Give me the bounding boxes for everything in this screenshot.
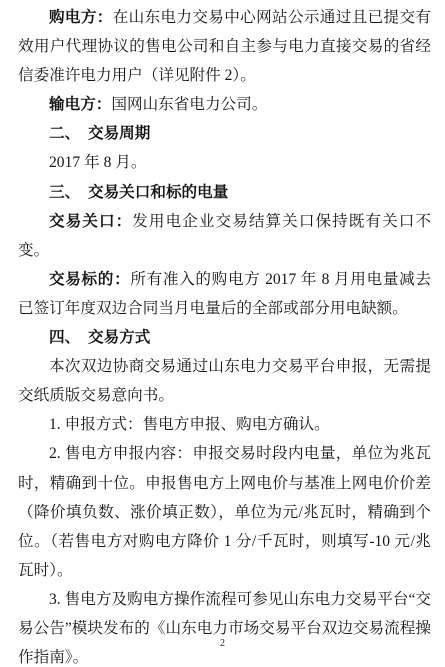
paragraph-buyer: 购电方：在山东电力交易中心网站公示通过且已提交有效用户代理协议的售电公司和自主参… <box>18 3 431 90</box>
paragraph-item-1: 1. 申报方式：售电方申报、购电方确认。 <box>18 410 431 439</box>
section-heading-2: 二、 交易周期 <box>18 119 431 148</box>
paragraph-method-intro: 本次双边协商交易通过山东电力交易平台申报，无需提交纸质版交易意向书。 <box>18 352 431 410</box>
paragraph-target: 交易标的：所有准入的购电方 2017 年 8 月用电量减去已签订年度双边合同当月… <box>18 265 431 323</box>
section-heading-4: 四、 交易方式 <box>18 323 431 352</box>
section-heading-3: 三、 交易关口和标的电量 <box>18 178 431 207</box>
paragraph-lead: 购电方： <box>49 9 113 26</box>
paragraph-text: 国网山东省电力公司。 <box>111 96 267 113</box>
paragraph-lead: 交易关口： <box>49 213 132 230</box>
paragraph-gateway: 交易关口：发用电企业交易结算关口保持既有关口不变。 <box>18 207 431 265</box>
paragraph-lead: 交易标的： <box>49 271 130 288</box>
paragraph-item-3: 3. 售电方及购电方操作流程可参见山东电力交易平台“交易公告”模块发布的《山东电… <box>18 585 431 667</box>
paragraph-lead: 输电方： <box>49 96 111 113</box>
paragraph-period: 2017 年 8 月。 <box>18 148 431 177</box>
document-page: 购电方：在山东电力交易中心网站公示通过且已提交有效用户代理协议的售电公司和自主参… <box>0 0 445 667</box>
document-body: 购电方：在山东电力交易中心网站公示通过且已提交有效用户代理协议的售电公司和自主参… <box>18 3 431 667</box>
page-number: 2 <box>0 638 445 650</box>
paragraph-item-2: 2. 售电方申报内容：申报交易时段内电量，单位为兆瓦时，精确到十位。申报售电方上… <box>18 439 431 584</box>
paragraph-transmitter: 输电方：国网山东省电力公司。 <box>18 90 431 119</box>
